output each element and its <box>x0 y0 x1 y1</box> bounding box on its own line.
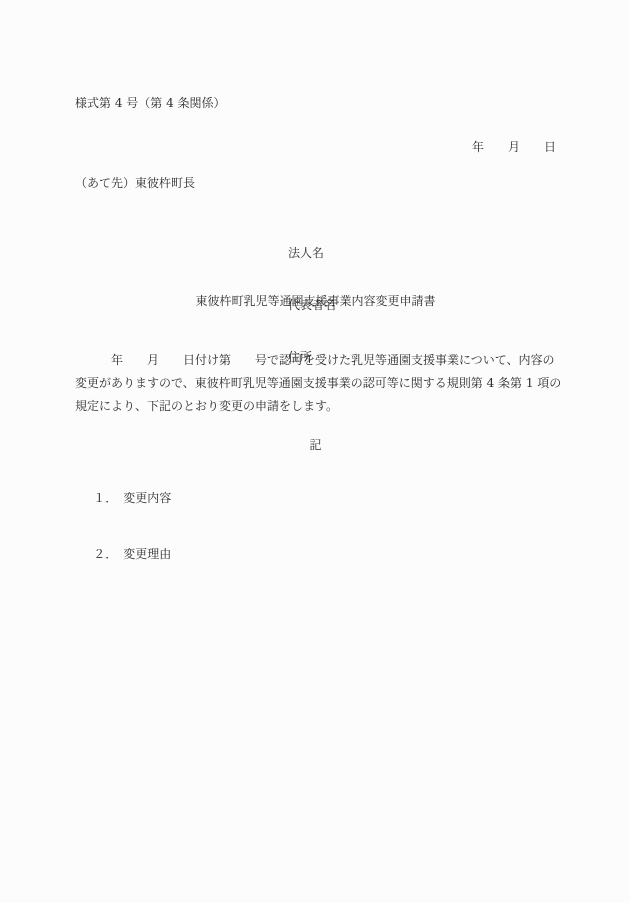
body-paragraph-line-3: 規定により、下記のとおり変更の申請をします。 <box>75 399 338 414</box>
item-1-label: 変更内容 <box>123 491 171 505</box>
item-2-number: ２． <box>93 547 117 561</box>
body-paragraph-line-2: 変更がありますので、東彼杵町乳児等通園支援事業の認可等に関する規則第 4 条第 … <box>75 376 561 391</box>
corporate-name-label: 法人名 <box>288 246 336 268</box>
form-number: 様式第 4 号（第 4 条関係） <box>75 96 226 111</box>
item-1-number: １． <box>93 491 117 505</box>
application-form-page: 様式第 4 号（第 4 条関係） 年 月 日 （あて先）東彼杵町長 法人名 代表… <box>0 0 630 903</box>
applicant-block: 法人名 代表者名 住所 <box>288 216 336 402</box>
document-title: 東彼杵町乳児等通園支援事業内容変更申請書 <box>75 294 556 309</box>
item-2-label: 変更理由 <box>123 547 171 561</box>
item-change-details: １．変更内容 <box>78 476 171 521</box>
item-change-reason: ２．変更理由 <box>78 532 171 577</box>
body-paragraph-line-1: 年 月 日付け第 号で認可を受けた乳児等通園支援事業について、内容の <box>75 353 555 368</box>
record-marker: 記 <box>75 438 556 453</box>
date-line: 年 月 日 <box>472 140 556 155</box>
addressee-line: （あて先）東彼杵町長 <box>75 176 195 191</box>
